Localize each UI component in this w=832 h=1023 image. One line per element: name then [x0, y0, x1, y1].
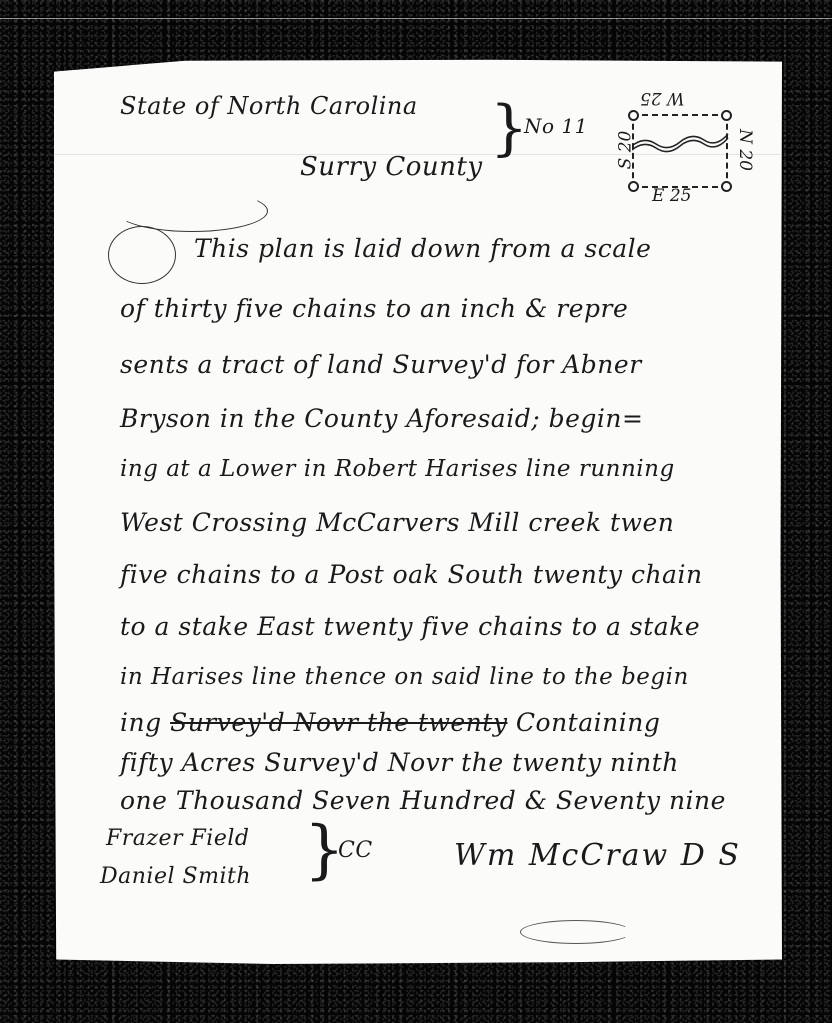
closing-line: fifty Acres Survey'd Novr the twenty nin…	[120, 748, 679, 777]
surveyor-signature: Wm McCraw D S	[454, 838, 741, 873]
creek-icon	[632, 130, 732, 154]
struck-line: ing Survey'd Novr the twenty Containing	[120, 708, 660, 737]
flourish-swash	[116, 190, 268, 232]
flourish-loop	[108, 226, 176, 284]
signature-flourish	[520, 920, 632, 944]
body-line: to a stake East twenty five chains to a …	[120, 612, 700, 641]
body-line: sents a tract of land Survey'd for Abner	[120, 350, 642, 379]
chain-carrier-name: Frazer Field	[106, 826, 249, 851]
plat-label-left: S 20	[615, 131, 635, 170]
chain-carrier-name: Daniel Smith	[100, 864, 251, 889]
manuscript-page: State of North Carolina Surry County } N…	[54, 58, 782, 964]
header-state: State of North Carolina	[120, 92, 418, 120]
struck-line-suffix: Containing	[516, 708, 660, 737]
plat-corner	[721, 181, 732, 192]
body-line: ing at a Lower in Robert Harises line ru…	[120, 456, 675, 482]
body-line: West Crossing McCarvers Mill creek twen	[120, 508, 674, 537]
plat-label-top: W 25	[640, 88, 685, 108]
scan-artifact-line	[0, 18, 832, 19]
body-line: in Harises line thence on said line to t…	[120, 664, 689, 690]
body-line: five chains to a Post oak South twenty c…	[120, 560, 703, 589]
body-line: of thirty five chains to an inch & repre	[120, 294, 628, 323]
plat-label-right: N 20	[735, 129, 755, 171]
plat-corner	[721, 110, 732, 121]
header-brace: }	[490, 98, 528, 158]
chain-carrier-label: CC	[338, 838, 373, 863]
plat-corner	[628, 110, 639, 121]
struck-text: Survey'd Novr the twenty	[170, 708, 507, 737]
plat-label-bottom: E 25	[652, 186, 691, 206]
body-line: This plan is laid down from a scale	[194, 234, 651, 263]
header-county: Surry County	[300, 152, 483, 182]
header-number: No 11	[524, 114, 588, 138]
plat-diagram	[632, 114, 728, 188]
body-line: Bryson in the County Aforesaid; begin=	[120, 404, 643, 433]
struck-line-prefix: ing	[120, 708, 162, 737]
plat-corner	[628, 181, 639, 192]
closing-line: one Thousand Seven Hundred & Seventy nin…	[120, 786, 726, 815]
